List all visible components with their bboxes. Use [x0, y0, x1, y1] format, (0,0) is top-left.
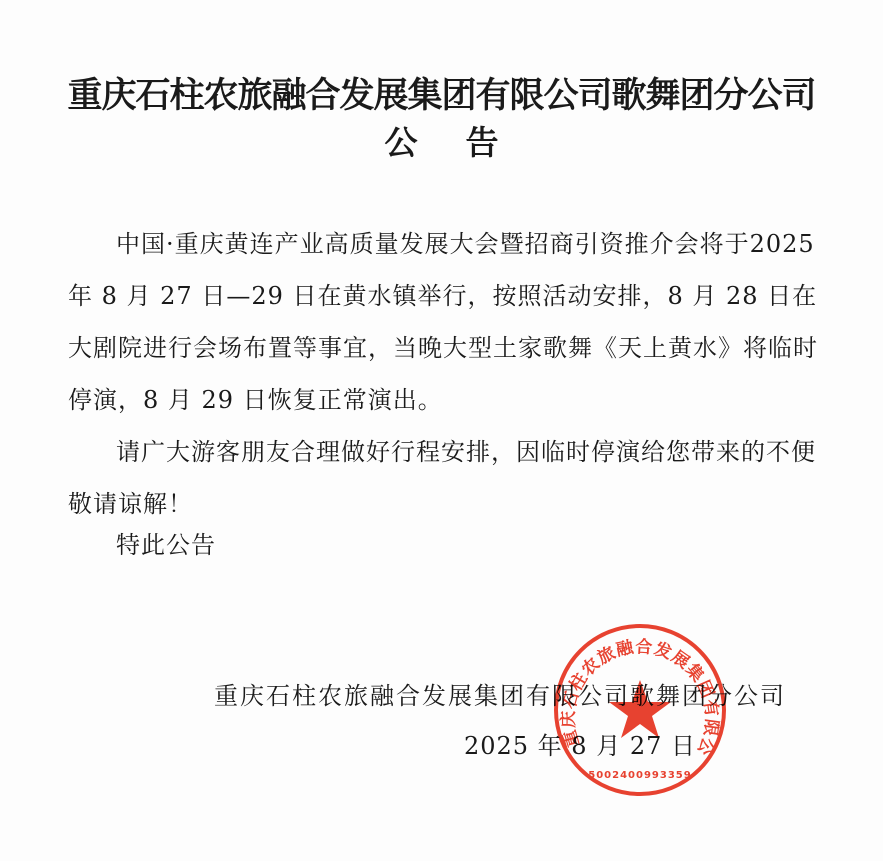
heading-char-2: 告 [466, 123, 499, 162]
seal-code: 5002400993359 [588, 770, 691, 781]
document-type-heading: 公告 [0, 123, 883, 163]
announcement-paragraph-2: 请广大游客朋友合理做好行程安排，因临时停演给您带来的不便敬请谅解！ [68, 426, 818, 530]
heading-char-1: 公 [385, 123, 418, 162]
official-seal-icon: 重庆石柱农旅融合发展集团有限公司歌舞团分公司 5002400993359 [552, 622, 728, 798]
announcement-paragraph-1: 中国·重庆黄连产业高质量发展大会暨招商引资推介会将于2025 年 8 月 27 … [68, 218, 818, 426]
document-title: 重庆石柱农旅融合发展集团有限公司歌舞团分公司 [0, 76, 883, 116]
closing-line: 特此公告 [68, 519, 818, 571]
